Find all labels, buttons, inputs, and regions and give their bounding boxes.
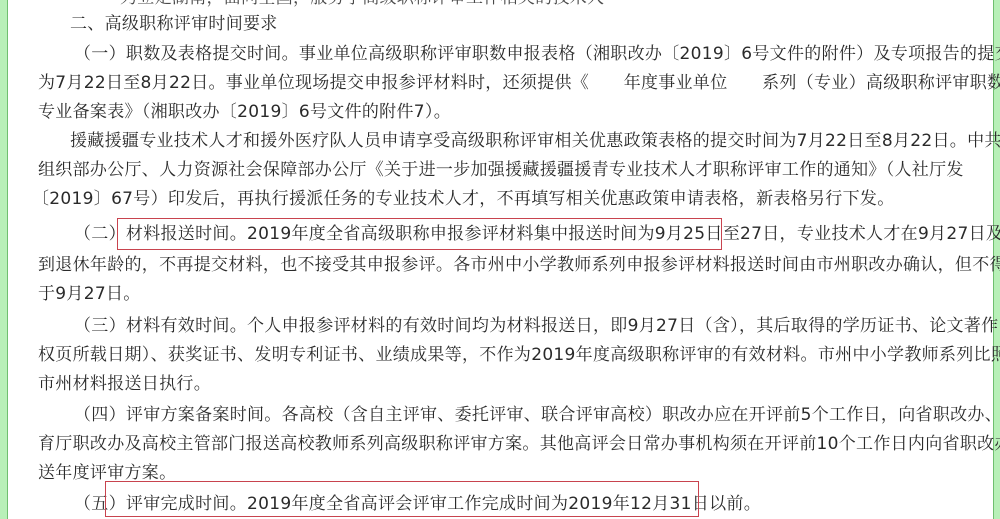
paragraph-line: 组织部办公厅、人力资源社会保障部办公厅《关于进一步加强援藏援疆援青专业技术人才职… (38, 159, 964, 181)
paragraph-line: （四）评审方案备案时间。各高校（含自主评审、委托评审、联合评审高校）职改办应在开… (74, 404, 1000, 426)
paragraph-line: 市州材料报送日执行。 (38, 373, 211, 395)
left-green-border (0, 0, 8, 519)
cutoff-top-line: 为立足湖南，面向全国，服务于高级职称评审工作相关的技术人 (120, 0, 604, 9)
paragraph-line: （二）材料报送时间。2019年度全省高级职称申报参评材料集中报送时间为9月25日… (74, 223, 1000, 245)
paragraph-line: 〔2019〕67号）印发后，再执行援派任务的专业技术人才，不再填写相关优惠政策申… (32, 188, 895, 210)
paragraph-line: 为7月22日至8月22日。事业单位现场提交申报参评材料时，还须提供《 年度事业单… (38, 72, 1000, 94)
document-body: 为立足湖南，面向全国，服务于高级职称评审工作相关的技术人 二、高级职称评审时间要… (38, 0, 958, 519)
paragraph-line: 权页所载日期）、获奖证书、发明专利证书、业绩成果等，不作为2019年度高级职称评… (38, 344, 1000, 366)
paragraph-line: （一）职数及表格提交时间。事业单位高级职称评审职数申报表格（湘职改办〔2019〕… (74, 43, 1000, 65)
paragraph-line: 送年度评审方案。 (38, 462, 176, 484)
section-heading: 二、高级职称评审时间要求 (70, 13, 278, 35)
paragraph-line: （三）材料有效时间。个人申报参评材料的有效时间均为材料报送日，即9月27日（含）… (74, 315, 1000, 337)
paragraph-line: 于9月27日。 (38, 283, 141, 305)
paragraph-line: 育厅职改办及高校主管部门报送高校教师系列高级职称评审方案。其他高评会日常办事机构… (38, 433, 1000, 455)
paragraph-line: （五）评审完成时间。2019年度全省高评会评审工作完成时间为2019年12月31… (74, 493, 761, 515)
paragraph-line: 到退休年龄的，不再提交材料，也不接受其申报参评。各市州中小学教师系列申报参评材料… (38, 254, 1000, 276)
paragraph-line: 援藏援疆专业技术人才和援外医疗队人员申请享受高级职称评审相关优惠政策表格的提交时… (70, 130, 1000, 152)
paragraph-line: 专业备案表》（湘职改办〔2019〕6号文件的附件7）。 (38, 101, 451, 123)
